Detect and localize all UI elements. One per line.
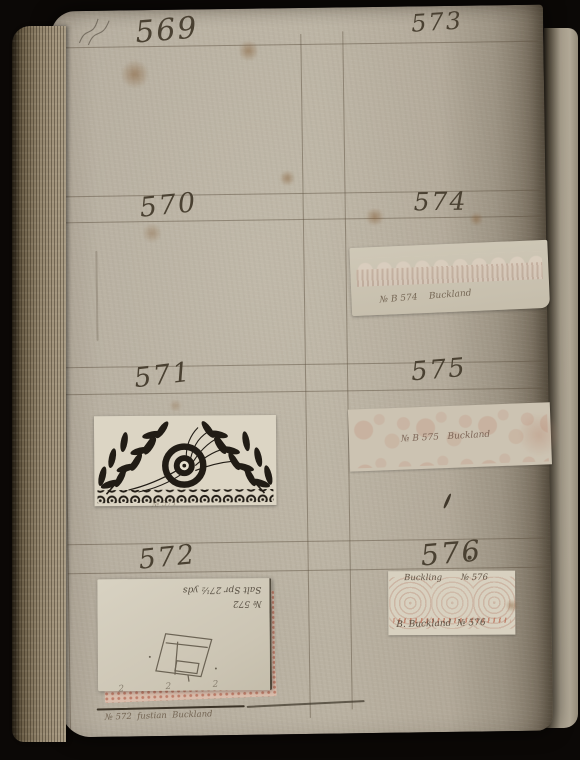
inscription-line: Salt Spr 27½ yds xyxy=(111,582,261,597)
ruled-line xyxy=(342,31,352,709)
book-fore-edge xyxy=(12,26,66,742)
stain xyxy=(168,400,182,412)
entry-number-575: 575 xyxy=(410,355,468,386)
entry-number-570: 570 xyxy=(138,189,198,222)
lace-sample-574: № B 574 Buckland xyxy=(349,240,550,316)
printed-border-design xyxy=(94,415,277,506)
printed-sample-571 xyxy=(94,415,277,506)
folded-paper-572: № 572 Salt Spr 27½ yds xyxy=(97,578,272,691)
entry-number-574: 574 xyxy=(413,189,467,215)
entry-number-572: 572 xyxy=(137,541,197,574)
pencil-scribble-icon xyxy=(77,14,121,47)
entry-number-571: 571 xyxy=(133,359,193,393)
sample-571-caption: № 571 xyxy=(152,498,178,510)
stain xyxy=(519,410,560,459)
ink-fleck xyxy=(443,493,452,509)
ornament-border xyxy=(97,489,273,503)
sample-576-caption-top: Buckling № 576 xyxy=(404,573,488,584)
sample-574-caption: № B 574 Buckland xyxy=(379,288,472,306)
inverted-inscription: № 572 Salt Spr 27½ yds xyxy=(111,582,261,610)
sample-576-caption-bottom: B. Buckland № 576 xyxy=(396,618,486,631)
stain xyxy=(143,222,161,244)
pen-stroke xyxy=(247,700,365,708)
rosette-motif xyxy=(165,447,203,485)
printed-sample-576: Buckling № 576 B. Buckland № 576 xyxy=(388,571,515,636)
pencil-sketch xyxy=(144,628,222,685)
laurel-spray-left xyxy=(96,420,171,495)
stain xyxy=(470,211,483,226)
stain xyxy=(364,209,386,225)
stain xyxy=(279,170,295,186)
stain xyxy=(122,58,148,90)
stain xyxy=(505,599,518,612)
entry-number-576: 576 xyxy=(419,536,483,570)
entry-number-573: 573 xyxy=(410,8,463,35)
album-page: 569 573 570 574 571 575 572 576 № B 574 … xyxy=(51,5,553,738)
ink-dot xyxy=(468,556,472,560)
entry-number-569: 569 xyxy=(134,13,200,48)
ruled-line xyxy=(300,34,311,718)
inscription-line: № 572 xyxy=(111,596,261,611)
paper-crease xyxy=(95,251,98,341)
sample-572-caption: № 572 fustian Buckland xyxy=(105,709,213,723)
stain xyxy=(239,39,257,63)
photo-background: 569 573 570 574 571 575 572 576 № B 574 … xyxy=(0,0,580,760)
